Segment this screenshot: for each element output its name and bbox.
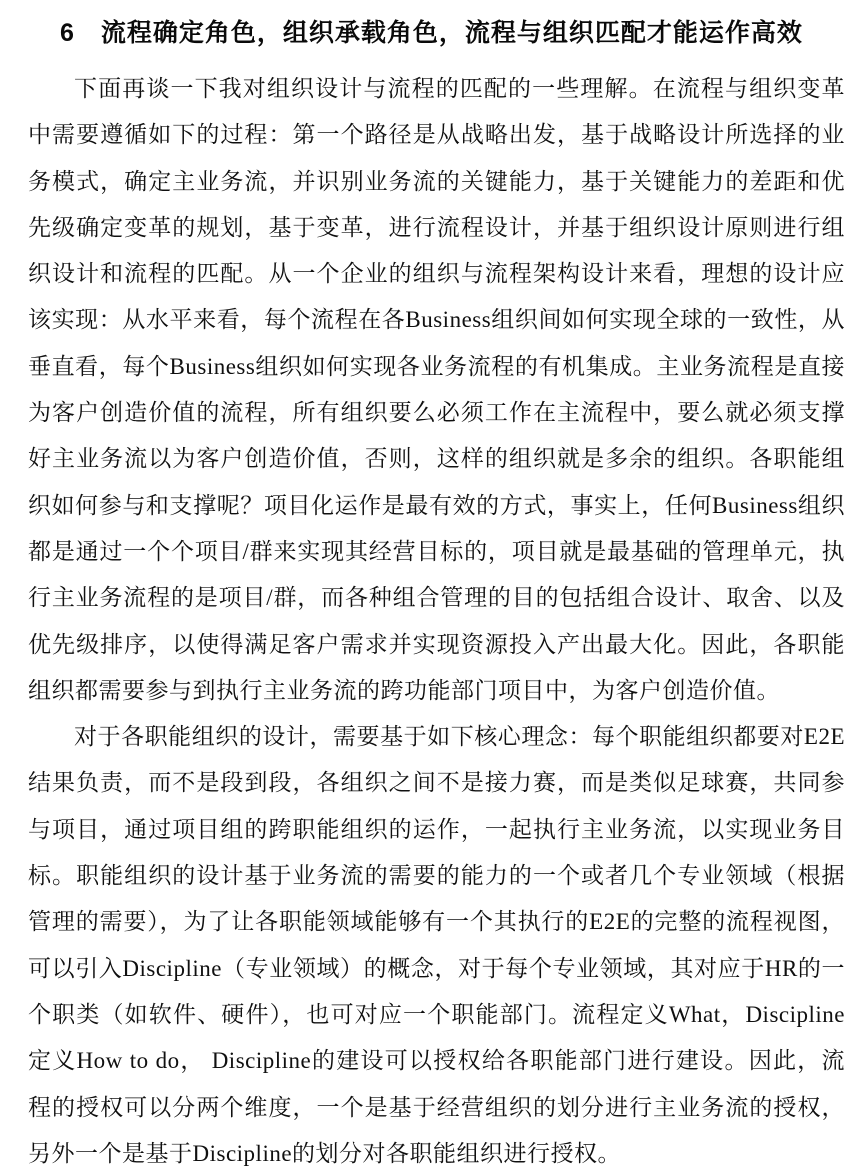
document-page: 6 流程确定角色，组织承载角色，流程与组织匹配才能运作高效 下面再谈一下我对组织… [0,0,848,1174]
paragraph-process-org-matching: 下面再谈一下我对组织设计与流程的匹配的一些理解。在流程与组织变革中需要遵循如下的… [28,66,845,714]
paragraph-functional-org-design: 对于各职能组织的设计，需要基于如下核心理念：每个职能组织都要对E2E结果负责，而… [28,714,845,1174]
section-heading: 6 流程确定角色，组织承载角色，流程与组织匹配才能运作高效 [60,12,845,54]
